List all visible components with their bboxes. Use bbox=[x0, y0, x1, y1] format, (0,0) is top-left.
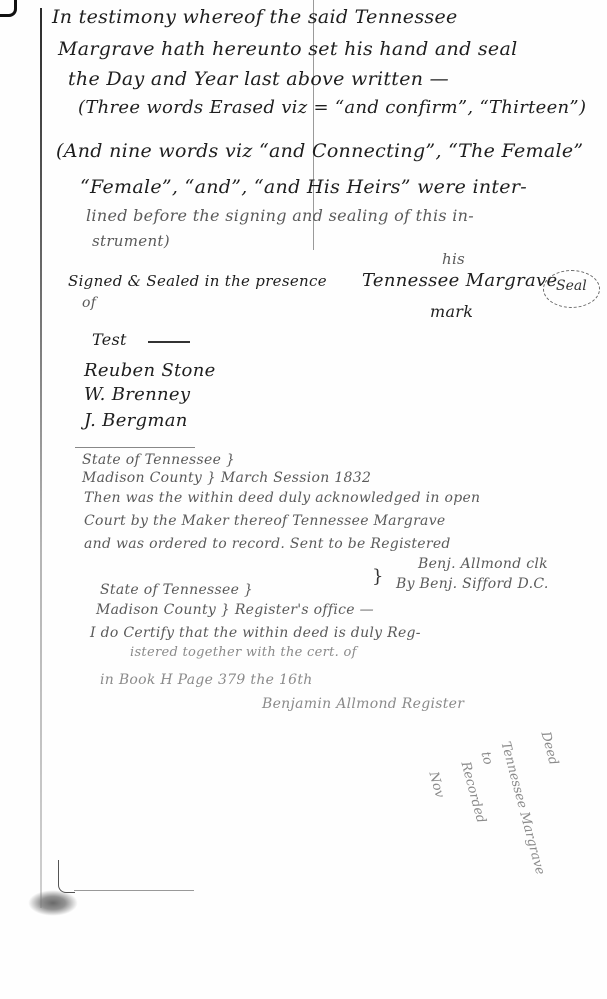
corner-bracket-mark bbox=[0, 0, 17, 17]
erasure-note: (Three words Erased viz = “and confirm”,… bbox=[78, 97, 586, 118]
bottom-rule bbox=[74, 890, 194, 891]
bottom-corner-mark bbox=[58, 860, 75, 893]
register-line-2: Madison County } Register's office — bbox=[96, 602, 374, 618]
docket-note-1: Deed bbox=[538, 730, 561, 767]
testimonium-line-3: the Day and Year last above written — bbox=[68, 68, 449, 90]
register-line-5: in Book H Page 379 the 16th bbox=[100, 672, 313, 688]
of-label: of bbox=[82, 295, 96, 311]
ack-line-1: State of Tennessee } bbox=[82, 452, 235, 468]
ack-line-2: Madison County } March Session 1832 bbox=[82, 470, 371, 486]
seal-label: Seal bbox=[556, 278, 587, 294]
left-margin-rule bbox=[40, 8, 42, 908]
register-line-4: istered together with the cert. of bbox=[130, 645, 357, 660]
document-page: In testimony whereof the said Tennessee … bbox=[0, 0, 607, 999]
his-label: his bbox=[442, 250, 465, 268]
witness-3: J. Bergman bbox=[84, 410, 188, 431]
interlineation-line-3: lined before the signing and sealing of … bbox=[86, 206, 474, 225]
ack-line-5: and was ordered to record. Sent to be Re… bbox=[84, 536, 451, 552]
deputy-clerk-signature: By Benj. Sifford D.C. bbox=[396, 576, 549, 592]
bracket-mark: } bbox=[372, 566, 383, 587]
ack-line-4: Court by the Maker thereof Tennessee Mar… bbox=[84, 513, 446, 529]
ack-line-3: Then was the within deed duly acknowledg… bbox=[84, 490, 480, 506]
witness-2: W. Brenney bbox=[84, 384, 190, 405]
mark-label: mark bbox=[430, 302, 473, 321]
test-label: Test bbox=[92, 330, 127, 349]
testimonium-line-2: Margrave hath hereunto set his hand and … bbox=[58, 38, 517, 60]
witness-1: Reuben Stone bbox=[84, 360, 216, 381]
docket-note-5: Nov bbox=[426, 770, 447, 800]
docket-notes: Deed Tennessee Margrave to Recorded Nov bbox=[430, 730, 607, 890]
testimonium-line-1: In testimony whereof the said Tennessee bbox=[52, 6, 458, 28]
register-signature: Benjamin Allmond Register bbox=[262, 696, 464, 712]
register-line-1: State of Tennessee } bbox=[100, 582, 253, 598]
test-underline bbox=[148, 341, 190, 343]
interlineation-line-4: strument) bbox=[92, 232, 170, 250]
grantor-signature: Tennessee Margrave bbox=[362, 270, 557, 291]
interlineation-line-2: “Female”, “and”, “and His Heirs” were in… bbox=[80, 176, 527, 198]
docket-note-2: Tennessee Margrave bbox=[498, 740, 548, 876]
section-divider bbox=[75, 447, 195, 448]
clerk-signature: Benj. Allmond clk bbox=[418, 556, 548, 572]
docket-note-3: to bbox=[478, 750, 496, 766]
signed-sealed-line: Signed & Sealed in the presence bbox=[68, 272, 327, 290]
register-line-3: I do Certify that the within deed is dul… bbox=[90, 625, 421, 641]
ink-blot bbox=[28, 890, 78, 916]
interlineation-line-1: (And nine words viz “and Connecting”, “T… bbox=[56, 140, 583, 162]
docket-note-4: Recorded bbox=[458, 760, 489, 825]
